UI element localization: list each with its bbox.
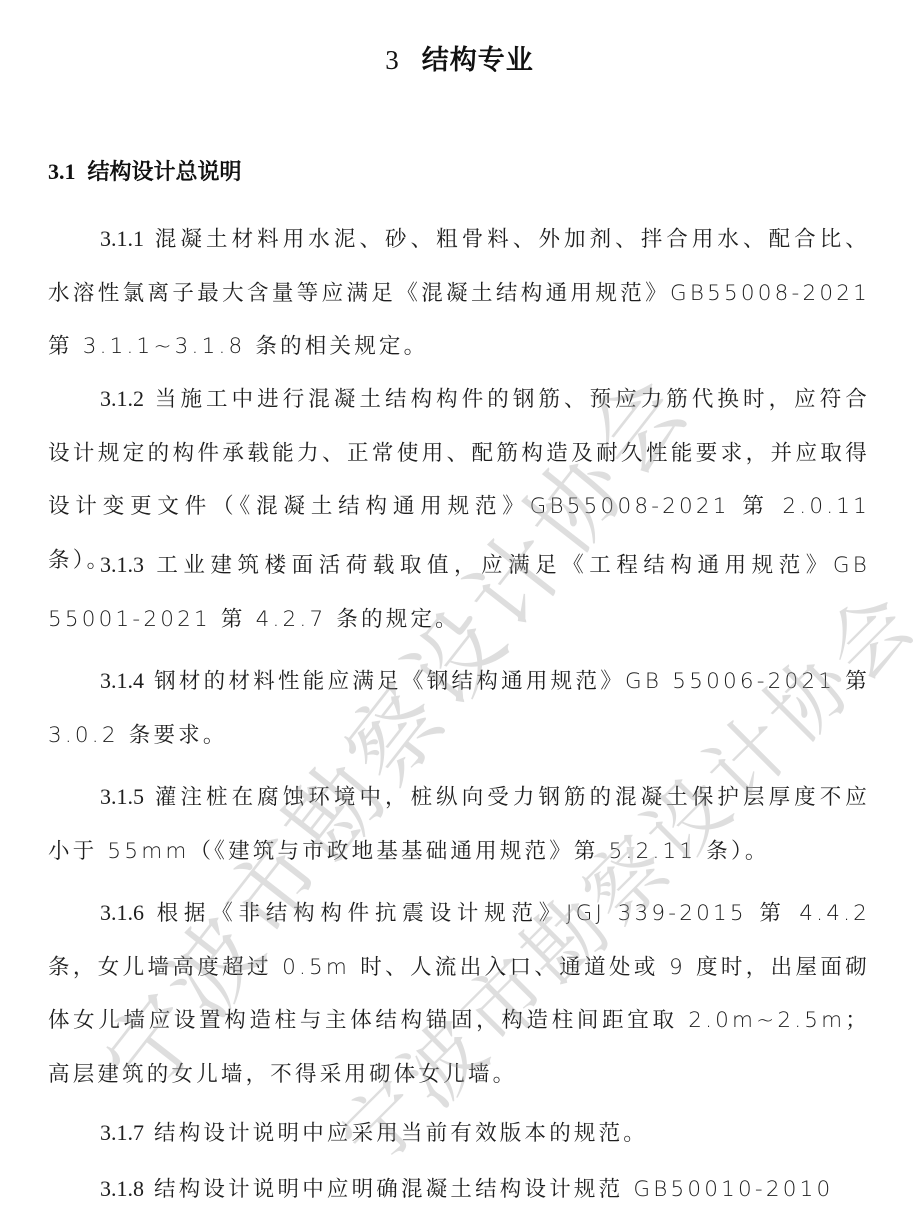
clause-number: 3.1.4 xyxy=(100,668,144,693)
clause-number: 3.1.1 xyxy=(100,226,144,251)
clause-3-1-5: 3.1.5灌注桩在腐蚀环境中，桩纵向受力钢筋的混凝土保护层厚度不应小于 55mm… xyxy=(48,770,870,878)
clause-text: 工业建筑楼面活荷载取值，应满足《工程结构通用规范》GB 55001-2021 第… xyxy=(48,553,870,632)
section-title: 3.1结构设计总说明 xyxy=(48,155,242,186)
clause-number: 3.1.2 xyxy=(100,386,144,411)
clause-3-1-1: 3.1.1混凝土材料用水泥、砂、粗骨料、外加剂、拌合用水、配合比、水溶性氯离子最… xyxy=(48,212,870,374)
chapter-title-text: 结构专业 xyxy=(422,45,534,76)
clause-text: 根据《非结构构件抗震设计规范》JGJ 339-2015 第 4.4.2 条，女儿… xyxy=(48,901,870,1087)
document-page: 3结构专业 3.1结构设计总说明 3.1.1混凝土材料用水泥、砂、粗骨料、外加剂… xyxy=(0,0,919,1230)
clause-number: 3.1.5 xyxy=(100,784,144,809)
clause-text: 灌注桩在腐蚀环境中，桩纵向受力钢筋的混凝土保护层厚度不应小于 55mm（《建筑与… xyxy=(48,785,870,864)
clause-text: 混凝土材料用水泥、砂、粗骨料、外加剂、拌合用水、配合比、水溶性氯离子最大含量等应… xyxy=(48,227,870,359)
section-title-text: 结构设计总说明 xyxy=(88,159,242,185)
section-number: 3.1 xyxy=(48,159,76,184)
clause-3-1-6: 3.1.6根据《非结构构件抗震设计规范》JGJ 339-2015 第 4.4.2… xyxy=(48,886,870,1101)
clause-text: 结构设计说明中应明确混凝土结构设计规范 GB50010-2010 xyxy=(154,1177,833,1202)
clause-3-1-8: 3.1.8结构设计说明中应明确混凝土结构设计规范 GB50010-2010 xyxy=(48,1162,870,1217)
clause-3-1-4: 3.1.4钢材的材料性能应满足《钢结构通用规范》GB 55006-2021 第 … xyxy=(48,654,870,762)
clause-number: 3.1.6 xyxy=(100,900,144,925)
clause-3-1-3: 3.1.3工业建筑楼面活荷载取值，应满足《工程结构通用规范》GB 55001-2… xyxy=(48,538,870,646)
clause-number: 3.1.3 xyxy=(100,552,144,577)
clause-number: 3.1.7 xyxy=(100,1120,144,1145)
chapter-number: 3 xyxy=(385,45,400,75)
clause-3-1-7: 3.1.7结构设计说明中应采用当前有效版本的规范。 xyxy=(48,1106,870,1161)
clause-text: 结构设计说明中应采用当前有效版本的规范。 xyxy=(154,1121,648,1146)
clause-number: 3.1.8 xyxy=(100,1176,144,1201)
chapter-title: 3结构专业 xyxy=(0,38,919,77)
clause-text: 钢材的材料性能应满足《钢结构通用规范》GB 55006-2021 第 3.0.2… xyxy=(48,669,870,748)
